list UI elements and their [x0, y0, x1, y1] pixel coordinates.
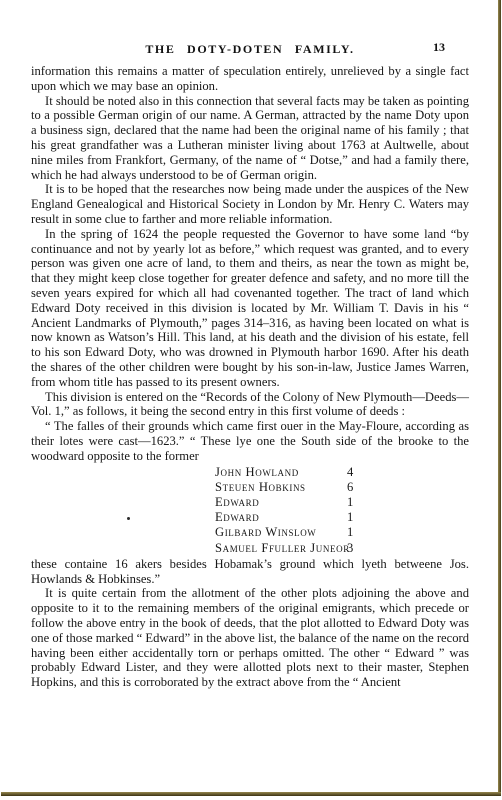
scanned-book-page: THE DOTY-DOTEN FAMILY. 13 information th… [0, 0, 502, 800]
allotment-list: John Howland 4 Steuen Hobkins 6 Edward 1… [31, 465, 469, 556]
allotment-row: Samuel Ffuller Juneor 3 [215, 541, 469, 556]
paragraph-sixteen-akers: these containe 16 akers besides Hobamak’… [31, 557, 469, 587]
paragraph-deed-quote: “ The falles of their grounds which came… [31, 419, 469, 463]
allottee-shares: 1 [347, 495, 367, 510]
allottee-name: Steuen Hobkins [215, 480, 343, 495]
scan-edge-shadow-right [498, 0, 501, 796]
allottee-shares: 1 [347, 510, 367, 525]
paragraph-continuation: information this remains a matter of spe… [31, 64, 469, 94]
allottee-shares: 4 [347, 465, 367, 480]
paragraph-spring-1624: In the spring of 1624 the people request… [31, 227, 469, 390]
allottee-name: Edward [215, 495, 343, 510]
scan-speck-dot [127, 517, 130, 520]
paragraph-researches: It is to be hoped that the researches no… [31, 182, 469, 226]
allotment-row: Gilbard Winslow 1 [215, 525, 469, 540]
page-body-text: information this remains a matter of spe… [31, 64, 469, 690]
allottee-shares: 3 [347, 541, 367, 556]
paragraph-quite-certain: It is quite certain from the allotment o… [31, 586, 469, 690]
allottee-name: Edward [215, 510, 343, 525]
allottee-shares: 6 [347, 480, 367, 495]
page-number: 13 [433, 40, 445, 55]
running-head: THE DOTY-DOTEN FAMILY. 13 [31, 40, 469, 58]
allotment-row: John Howland 4 [215, 465, 469, 480]
allottee-name: Gilbard Winslow [215, 525, 343, 540]
paragraph-division-records: This division is entered on the “Records… [31, 390, 469, 420]
allotment-row: Edward 1 [215, 495, 469, 510]
paragraph-german-origin: It should be noted also in this connecti… [31, 94, 469, 183]
scan-edge-shadow-bottom [1, 792, 501, 796]
allotment-row: Steuen Hobkins 6 [215, 480, 469, 495]
allottee-name: John Howland [215, 465, 343, 480]
allotment-row: Edward 1 [215, 510, 469, 525]
book-title-header: THE DOTY-DOTEN FAMILY. [145, 42, 354, 56]
allottee-shares: 1 [347, 525, 367, 540]
allottee-name: Samuel Ffuller Juneor [215, 541, 343, 556]
